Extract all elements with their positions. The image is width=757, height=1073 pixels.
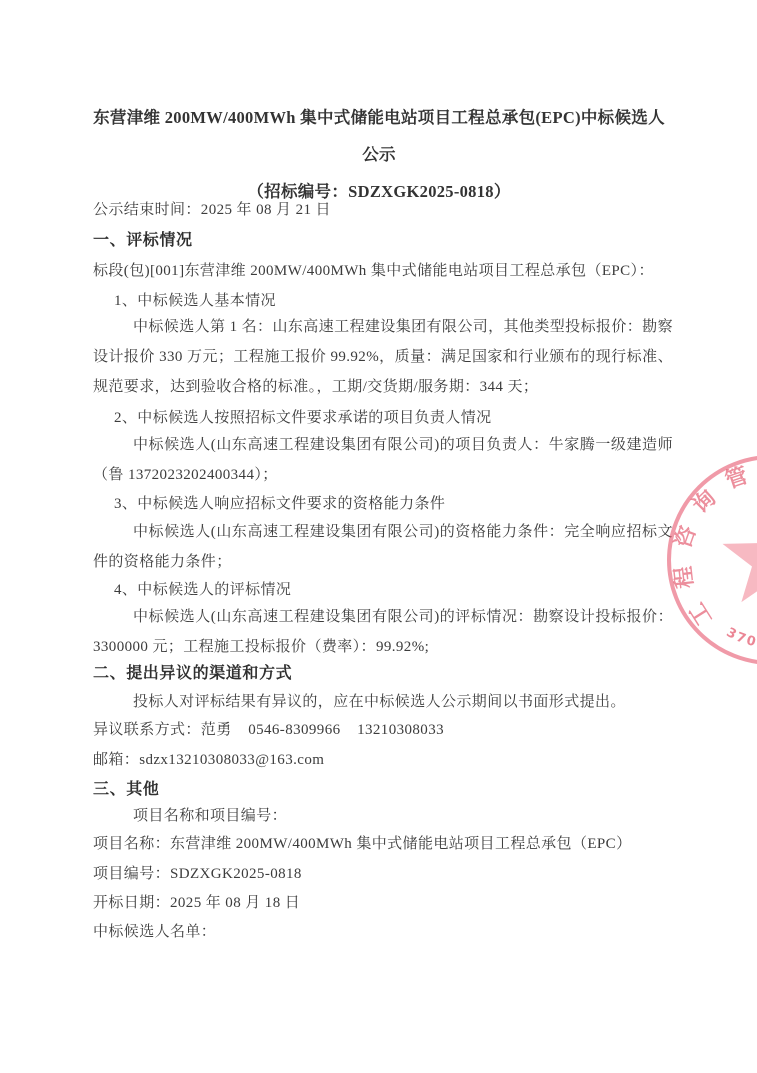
section2-heading: 二、提出异议的渠道和方式 (93, 663, 673, 684)
document-page: 东营津维 200MW/400MWh 集中式储能电站项目工程总承包(EPC)中标候… (0, 0, 757, 1073)
project-name: 项目名称：东营津维 200MW/400MWh 集中式储能电站项目工程总承包（EP… (93, 834, 673, 855)
document-title-line1: 东营津维 200MW/400MWh 集中式储能电站项目工程总承包(EPC)中标候… (85, 99, 673, 173)
objection-contact: 异议联系方式：范勇 0546-8309966 13210308033 (93, 720, 673, 741)
item1-heading: 1、中标候选人基本情况 (93, 291, 673, 312)
project-code: 项目编号：SDZXGK2025-0818 (93, 864, 673, 885)
item4-heading: 4、中标候选人的评标情况 (93, 580, 673, 601)
candidates-list-label: 中标候选人名单： (93, 922, 673, 943)
objection-instruction: 投标人对评标结果有异议的，应在中标候选人公示期间以书面形式提出。 (93, 692, 673, 713)
seal-star-icon (723, 508, 757, 602)
document-title: 东营津维 200MW/400MWh 集中式储能电站项目工程总承包(EPC)中标候… (85, 99, 673, 210)
item3-body: 中标候选人(山东高速工程建设集团有限公司)的资格能力条件：完全响应招标文件的资格… (93, 517, 673, 577)
section3-subheading: 项目名称和项目编号： (93, 806, 673, 827)
section3-heading: 三、其他 (93, 779, 673, 800)
section1-heading: 一、评标情况 (93, 230, 673, 251)
lot-line: 标段(包)[001]东营津维 200MW/400MWh 集中式储能电站项目工程总… (93, 261, 673, 282)
item1-body: 中标候选人第 1 名：山东高速工程建设集团有限公司，其他类型投标报价：勘察设计报… (93, 312, 673, 402)
item2-body: 中标候选人(山东高速工程建设集团有限公司)的项目负责人：牛家腾一级建造师（鲁 1… (93, 430, 673, 490)
item4-body: 中标候选人(山东高速工程建设集团有限公司)的评标情况：勘察设计投标报价：3300… (93, 602, 673, 662)
item2-heading: 2、中标候选人按照招标文件要求承诺的项目负责人情况 (93, 408, 673, 429)
bid-open-date: 开标日期：2025 年 08 月 18 日 (93, 893, 673, 914)
objection-email: 邮箱：sdzx13210308033@163.com (93, 750, 673, 771)
publicity-end-time: 公示结束时间：2025 年 08 月 21 日 (93, 200, 673, 221)
item3-heading: 3、中标候选人响应招标文件要求的资格能力条件 (93, 494, 673, 515)
red-seal-stamp-icon: 工程咨询管理 3705 (648, 434, 757, 694)
